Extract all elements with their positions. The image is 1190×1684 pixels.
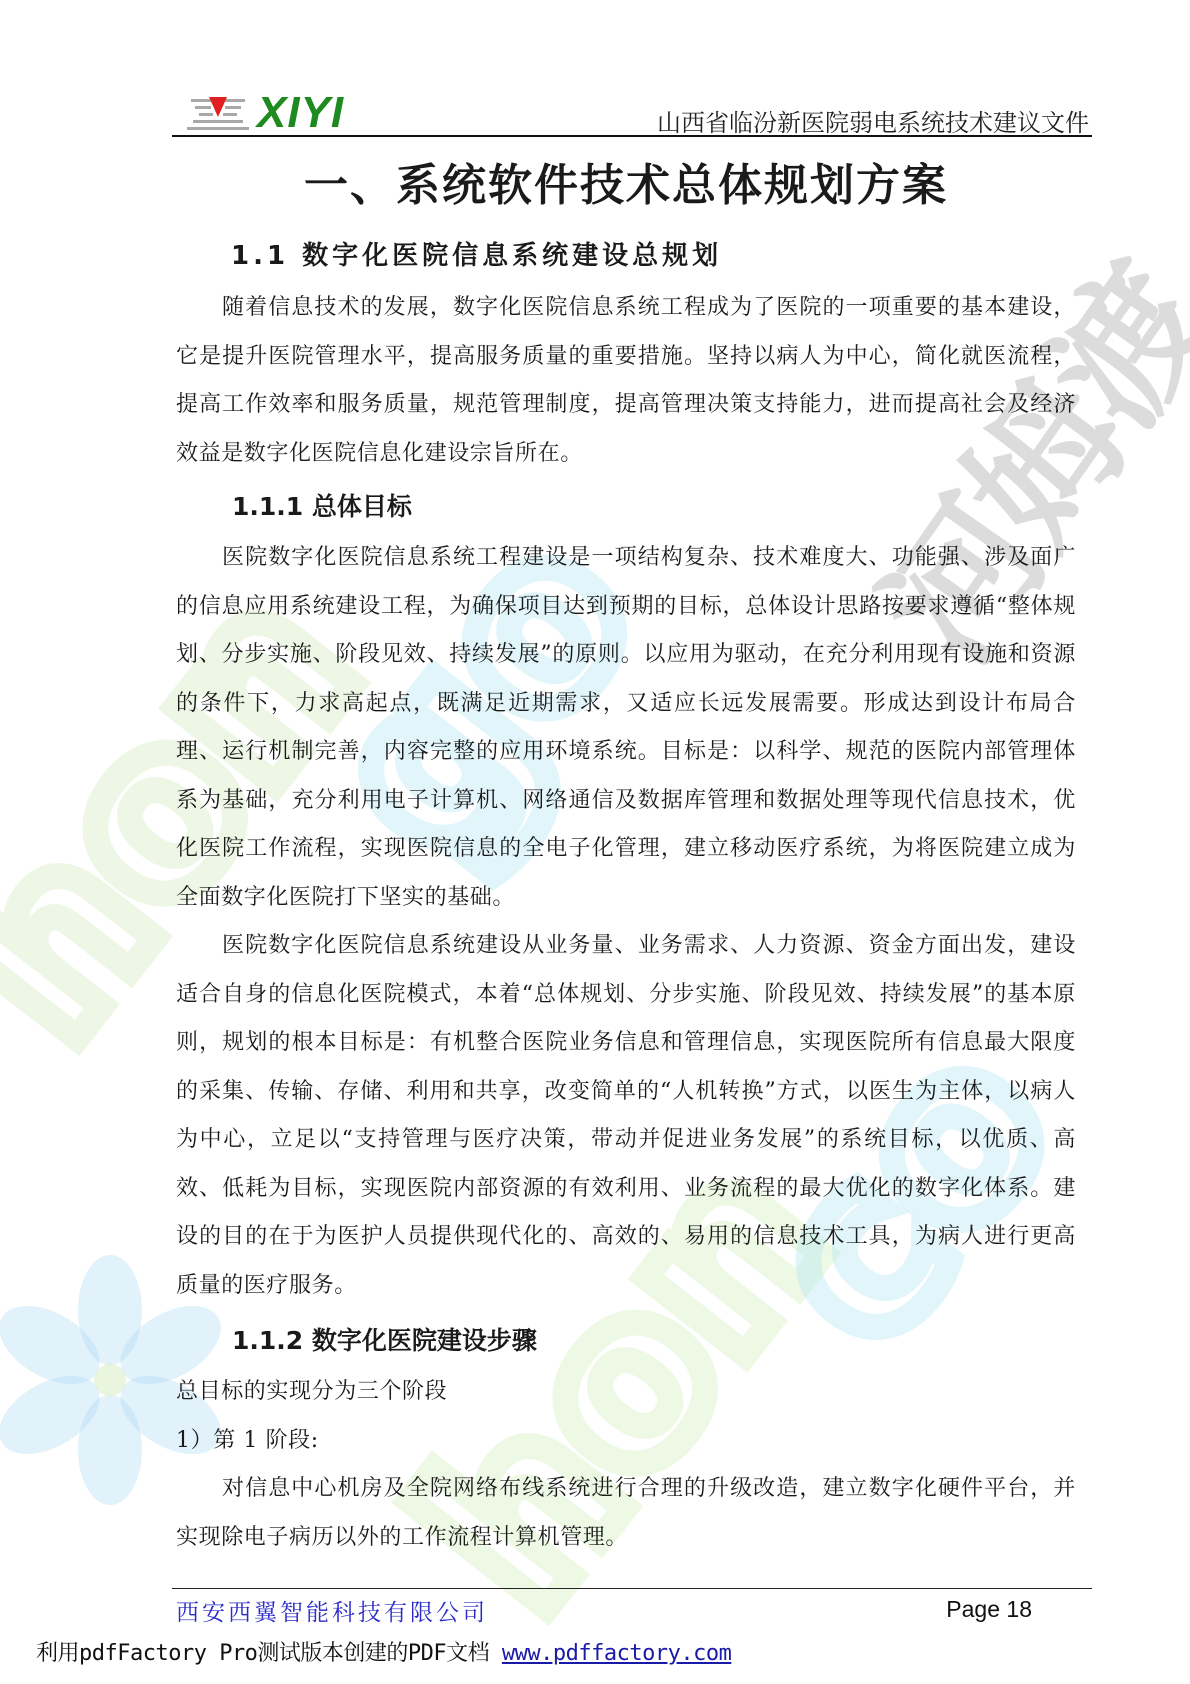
header-doc-title: 山西省临汾新医院弱电系统技术建议文件 [657, 103, 1089, 138]
section-heading-1-1-2: 1.1.2 数字化医院建设步骤 [176, 1314, 1076, 1368]
section-1-1-paragraph: 随着信息技术的发展，数字化医院信息系统工程成为了医院的一项重要的基本建设，它是提… [176, 284, 1076, 478]
page-number: Page 18 [946, 1596, 1032, 1623]
stage-1-label: 1）第 1 阶段: [176, 1417, 1076, 1466]
page-header: XIYI 山西省临汾新医院弱电系统技术建议文件 [172, 85, 1092, 137]
section-heading-1-1: 1.1 数字化医院信息系统建设总规划 [176, 230, 1076, 284]
header-divider [172, 135, 1092, 137]
page-footer: 西安西翼智能科技有限公司 Page 18 [172, 1588, 1092, 1589]
footer-company-name: 西安西翼智能科技有限公司 [176, 1594, 488, 1627]
logo-text: XIYI [257, 93, 344, 133]
pdf-note-text: 利用pdfFactory Pro测试版本创建的PDF文档 [36, 1641, 502, 1666]
section-heading-1-1-1: 1.1.1 总体目标 [176, 480, 1076, 534]
section-1-1-2-intro: 总目标的实现分为三个阶段 [176, 1368, 1076, 1417]
section-1-1-1-paragraph-2: 医院数字化医院信息系统建设从业务量、业务需求、人力资源、资金方面出发，建设适合自… [176, 922, 1076, 1310]
section-1-1-1-paragraph-1: 医院数字化医院信息系统工程建设是一项结构复杂、技术难度大、功能强、涉及面广的信息… [176, 534, 1076, 922]
footer-divider [172, 1588, 1092, 1589]
pdffactory-link[interactable]: www.pdffactory.com [502, 1641, 731, 1666]
xiyi-logo-mark-icon [187, 93, 249, 133]
company-logo: XIYI [187, 93, 344, 133]
document-body: 一、系统软件技术总体规划方案 1.1 数字化医院信息系统建设总规划 随着信息技术… [176, 150, 1076, 1562]
stage-1-text: 对信息中心机房及全院网络布线系统进行合理的升级改造，建立数字化硬件平台，并实现除… [176, 1465, 1076, 1562]
chapter-title: 一、系统软件技术总体规划方案 [176, 150, 1076, 230]
pdf-generator-note: 利用pdfFactory Pro测试版本创建的PDF文档 www.pdffact… [36, 1636, 731, 1667]
